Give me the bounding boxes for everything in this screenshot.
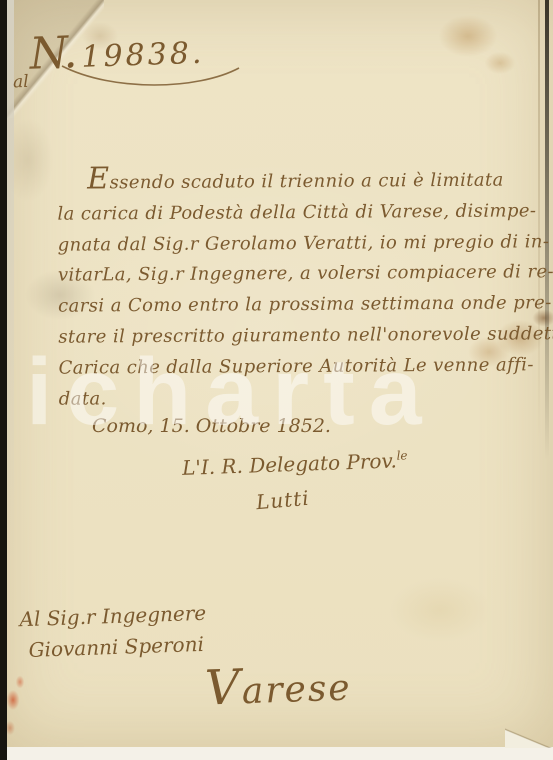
body-line: stare il prescritto giuramento nell'onor… bbox=[58, 319, 536, 353]
body-line: data. bbox=[59, 381, 537, 415]
dateline: Como, 15. Ottobre 1852. bbox=[92, 415, 331, 437]
bottom-corner-fold bbox=[505, 728, 553, 748]
address-block: Al Sig.r Ingegnere Giovanni Speroni bbox=[19, 601, 208, 662]
body-line: vitarLa, Sig.r Ingegnere, a volersi comp… bbox=[58, 258, 536, 292]
underline-flourish bbox=[58, 62, 243, 92]
body-line: Essendo scaduto il triennio a cui è limi… bbox=[57, 161, 535, 199]
destination-city: Varese bbox=[204, 655, 352, 716]
body-line: gnata dal Sig.r Gerolamo Veratti, io mi … bbox=[58, 227, 536, 261]
scan-edge-right bbox=[545, 0, 549, 460]
protocol-prefix: al bbox=[13, 72, 29, 93]
scan-edge-dark bbox=[0, 0, 7, 760]
letter-body: Essendo scaduto il triennio a cui è limi… bbox=[57, 161, 537, 415]
signer-title-sup: le bbox=[396, 448, 407, 462]
body-line: carsi a Como entro la prossima settimana… bbox=[58, 289, 536, 323]
body-line: Carica che dalla Superiore Autorità Le v… bbox=[58, 350, 536, 384]
signature: Lutti bbox=[255, 486, 311, 515]
fold-crease bbox=[538, 0, 540, 440]
addressee-honorific: Al Sig.r Ingegnere bbox=[19, 601, 206, 632]
body-line: la carica di Podestà della Città di Vare… bbox=[57, 196, 535, 230]
scanned-letter: alN.19838. Essendo scaduto il triennio a… bbox=[0, 0, 553, 760]
